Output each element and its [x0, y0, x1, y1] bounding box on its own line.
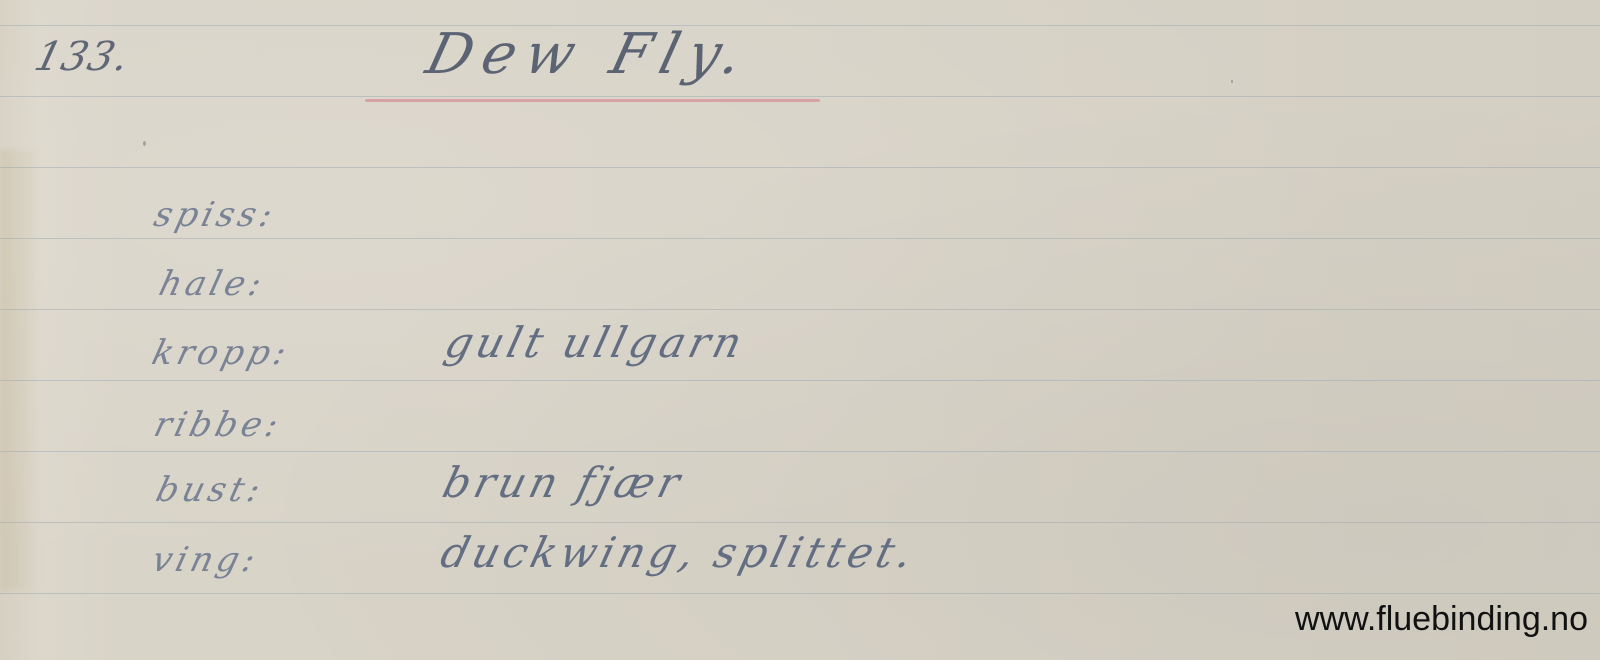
- recipe-label: kropp:: [148, 333, 294, 373]
- ruled-line: [0, 167, 1600, 168]
- paper-speck: [143, 141, 146, 146]
- recipe-value: brun fjær: [438, 458, 689, 507]
- recipe-label: bust:: [152, 470, 268, 510]
- recipe-value: gult ullgarn: [440, 318, 751, 367]
- fly-title: Dew Fly.: [420, 22, 759, 87]
- recipe-value: duckwing, splittet.: [436, 528, 921, 577]
- ruled-line: [0, 380, 1600, 381]
- entry-number: 133.: [30, 34, 135, 80]
- ruled-line: [0, 451, 1600, 452]
- title-underline: [365, 99, 820, 102]
- ruled-line: [0, 309, 1600, 310]
- paper-speck: [1231, 80, 1233, 83]
- recipe-label: hale:: [155, 264, 270, 304]
- recipe-label: ribbe:: [150, 405, 286, 445]
- watermark-link: www.fluebinding.no: [1295, 600, 1588, 639]
- recipe-label: ving:: [148, 540, 263, 580]
- ruled-line: [0, 238, 1600, 239]
- paper-edge-stain: [0, 150, 40, 590]
- notebook-page: 133. Dew Fly. spiss: hale: kropp: gult u…: [0, 0, 1600, 660]
- ruled-line: [0, 593, 1600, 594]
- ruled-line: [0, 25, 1600, 26]
- ruled-line: [0, 522, 1600, 523]
- recipe-label: spiss:: [150, 195, 280, 235]
- ruled-line: [0, 96, 1600, 97]
